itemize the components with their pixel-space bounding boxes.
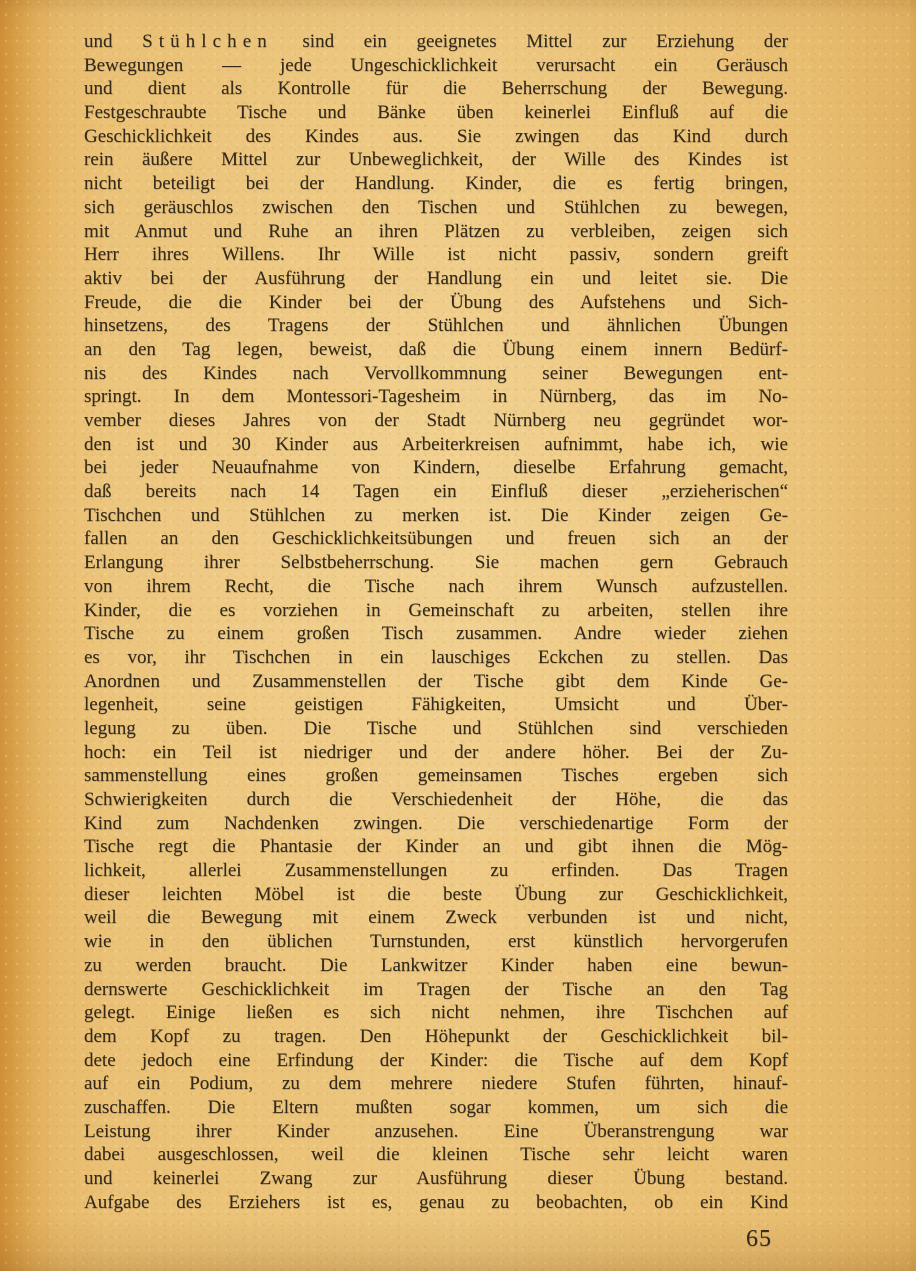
text-line: wie in den üblichen Turnstunden, erst kü… (84, 930, 788, 954)
text-line: gelegt. Einige ließen es sich nicht nehm… (84, 1001, 788, 1025)
text-line: an den Tag legen, beweist, daß die Übung… (84, 338, 788, 362)
text-line: Festgeschraubte Tische und Bänke üben ke… (84, 101, 788, 125)
text-line: dete jedoch eine Erfindung der Kinder: d… (84, 1049, 788, 1073)
text-line: Schwierigkeiten durch die Verschiedenhei… (84, 788, 788, 812)
text-line: dieser leichten Möbel ist die beste Übun… (84, 883, 788, 907)
text-line: springt. In dem Montessori-Tagesheim in … (84, 385, 788, 409)
text-line: Freude, die die Kinder bei der Übung des… (84, 291, 788, 315)
text-line: aktiv bei der Ausführung der Handlung ei… (84, 267, 788, 291)
text-line: legung zu üben. Die Tische und Stühlchen… (84, 717, 788, 741)
text-line: sich geräuschlos zwischen den Tischen un… (84, 196, 788, 220)
text-line: vember dieses Jahres von der Stadt Nürnb… (84, 409, 788, 433)
letterspaced-word: Stühlchen (142, 31, 273, 52)
text-line: rein äußere Mittel zur Unbeweglichkeit, … (84, 148, 788, 172)
text-line: Bewegungen — jede Ungeschicklichkeit ver… (84, 54, 788, 78)
text-line: nis des Kindes nach Vervollkommnung sein… (84, 362, 788, 386)
text-line: bei jeder Neuaufnahme von Kindern, diese… (84, 456, 788, 480)
text-line: sammenstellung eines großen gemeinsamen … (84, 764, 788, 788)
text-line: hinsetzens, des Tragens der Stühlchen un… (84, 314, 788, 338)
text-line: auf ein Podium, zu dem mehrere niedere S… (84, 1072, 788, 1096)
text-segment: und (84, 31, 142, 52)
text-line: Aufgabe des Erziehers ist es, genau zu b… (84, 1191, 788, 1215)
text-line: fallen an den Geschicklichkeitsübungen u… (84, 527, 788, 551)
book-page-scan: und Stühlchen sind ein geeignetes Mittel… (0, 0, 916, 1271)
text-line: Tische zu einem großen Tisch zusammen. A… (84, 622, 788, 646)
text-line: daß bereits nach 14 Tagen ein Einfluß di… (84, 480, 788, 504)
text-line: Tische regt die Phantasie der Kinder an … (84, 835, 788, 859)
text-line: Tischchen und Stühlchen zu merken ist. D… (84, 504, 788, 528)
text-line: zu werden braucht. Die Lankwitzer Kinder… (84, 954, 788, 978)
text-line: und keinerlei Zwang zur Ausführung diese… (84, 1167, 788, 1191)
page-text: und Stühlchen sind ein geeignetes Mittel… (84, 30, 788, 1214)
text-line: zuschaffen. Die Eltern mußten sogar komm… (84, 1096, 788, 1120)
text-line: Herr ihres Willens. Ihr Wille ist nicht … (84, 243, 788, 267)
text-line: Kind zum Nachdenken zwingen. Die verschi… (84, 812, 788, 836)
text-line: Leistung ihrer Kinder anzusehen. Eine Üb… (84, 1120, 788, 1144)
text-segment: sind ein geeignetes Mittel zur Erziehung… (273, 31, 788, 52)
text-line: dem Kopf zu tragen. Den Höhepunkt der Ge… (84, 1025, 788, 1049)
text-line: lichkeit, allerlei Zusammenstellungen zu… (84, 859, 788, 883)
text-line: nicht beteiligt bei der Handlung. Kinder… (84, 172, 788, 196)
text-line: von ihrem Recht, die Tische nach ihrem W… (84, 575, 788, 599)
text-line: Kinder, die es vorziehen in Gemeinschaft… (84, 599, 788, 623)
text-line: Erlangung ihrer Selbstbeherrschung. Sie … (84, 551, 788, 575)
text-line: Geschicklichkeit des Kindes aus. Sie zwi… (84, 125, 788, 149)
text-line: und Stühlchen sind ein geeignetes Mittel… (84, 30, 788, 54)
text-line: es vor, ihr Tischchen in ein lauschiges … (84, 646, 788, 670)
text-line: dabei ausgeschlossen, weil die kleinen T… (84, 1143, 788, 1167)
text-line: den ist und 30 Kinder aus Arbeiterkreise… (84, 433, 788, 457)
text-line: weil die Bewegung mit einem Zweck verbun… (84, 906, 788, 930)
text-line: hoch: ein Teil ist niedriger und der and… (84, 741, 788, 765)
text-line: Anordnen und Zusammenstellen der Tische … (84, 670, 788, 694)
page-number: 65 (746, 1226, 772, 1253)
text-line: dernswerte Geschicklichkeit im Tragen de… (84, 978, 788, 1002)
text-line: und dient als Kontrolle für die Beherrsc… (84, 77, 788, 101)
text-line: legenheit, seine geistigen Fähigkeiten, … (84, 693, 788, 717)
text-line: mit Anmut und Ruhe an ihren Plätzen zu v… (84, 220, 788, 244)
